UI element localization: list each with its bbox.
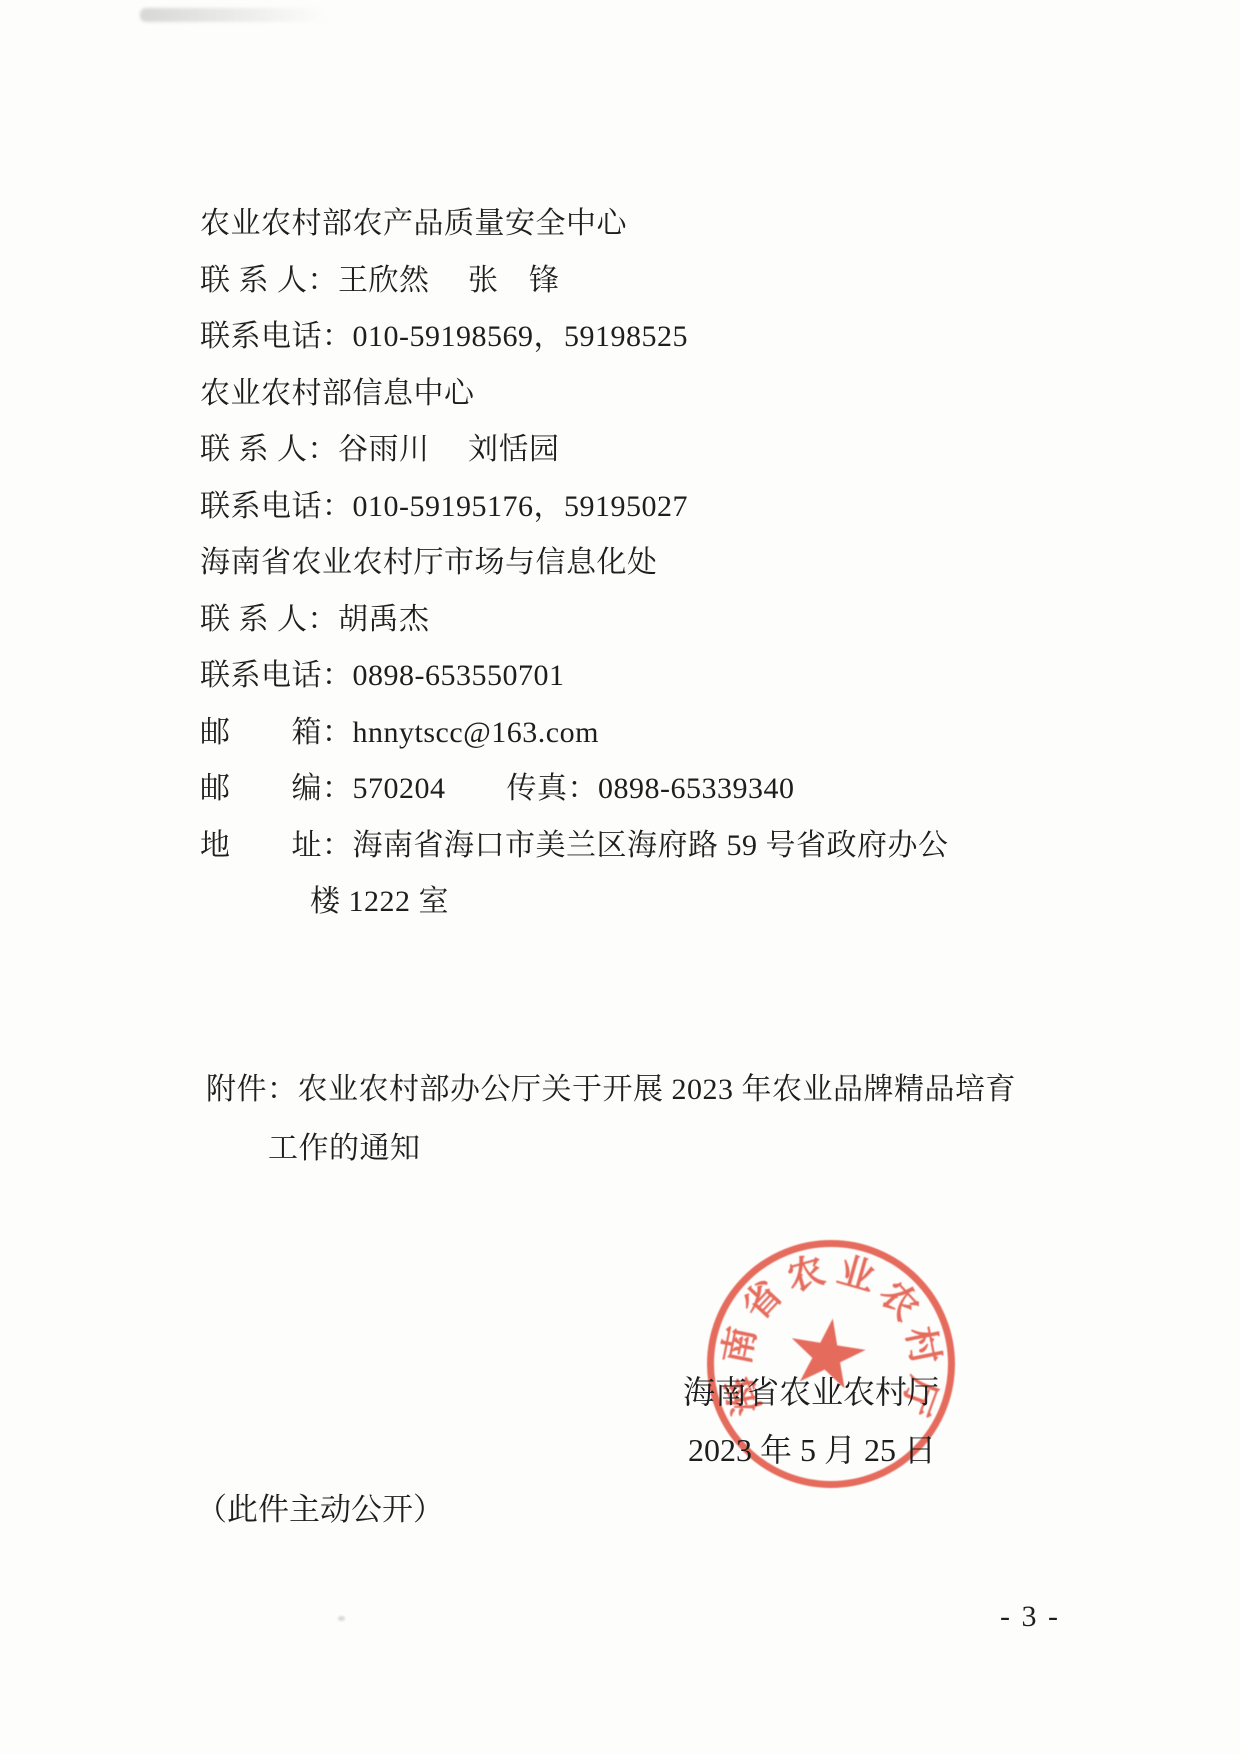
seal-arc-char: 村 <box>898 1322 945 1369</box>
contact-info-block: 农业农村部农产品质量安全中心 联 系 人：王欣然 张 锋 联系电话：010-59… <box>200 196 1080 931</box>
address-line-continued: 楼 1222 室 <box>200 874 1080 931</box>
signature-org-line: 海南省农业农村厅 <box>683 1374 939 1410</box>
postcode-fax-line: 邮 编：570204 传真：0898-65339340 <box>200 761 1080 818</box>
attachment-line-continued: 工作的通知 <box>206 1119 1086 1178</box>
org-line-info-center: 农业农村部信息中心 <box>200 366 1080 423</box>
scan-speck <box>338 1616 345 1621</box>
disclosure-note: （此件主动公开） <box>196 1490 444 1530</box>
contact-person-line: 联 系 人：胡禹杰 <box>200 592 1080 649</box>
contact-phone-line: 联系电话：010-59198569，59198525 <box>200 309 1080 366</box>
seal-arc-char: 农 <box>781 1251 830 1300</box>
seal-arc-char: 省 <box>735 1273 792 1330</box>
contact-person-line: 联 系 人：谷雨川 刘恬园 <box>200 422 1080 479</box>
contact-person-line: 联 系 人：王欣然 张 锋 <box>200 253 1080 310</box>
document-page: 农业农村部农产品质量安全中心 联 系 人：王欣然 张 锋 联系电话：010-59… <box>0 0 1240 1754</box>
seal-arc-char: 南 <box>717 1322 764 1369</box>
seal-arc-char: 业 <box>831 1251 880 1300</box>
address-line: 地 址：海南省海口市美兰区海府路 59 号省政府办公 <box>200 818 1080 875</box>
org-line-hainan-dept: 海南省农业农村厅市场与信息化处 <box>200 535 1080 592</box>
contact-phone-line: 联系电话：010-59195176，59195027 <box>200 479 1080 536</box>
attachment-line: 附件：农业农村部办公厅关于开展 2023 年农业品牌精品培育 <box>206 1060 1086 1119</box>
page-number: - 3 - <box>1000 1600 1060 1634</box>
contact-phone-line: 联系电话：0898-653550701 <box>200 648 1080 705</box>
scan-smudge <box>140 8 325 22</box>
seal-arc-char: 农 <box>870 1273 927 1330</box>
attachment-block: 附件：农业农村部办公厅关于开展 2023 年农业品牌精品培育 工作的通知 <box>206 1060 1086 1178</box>
org-line-quality-center: 农业农村部农产品质量安全中心 <box>200 196 1080 253</box>
signature-date-line: 2023 年 5 月 25 日 <box>688 1432 936 1468</box>
email-line: 邮 箱：hnnytscc@163.com <box>200 705 1080 762</box>
